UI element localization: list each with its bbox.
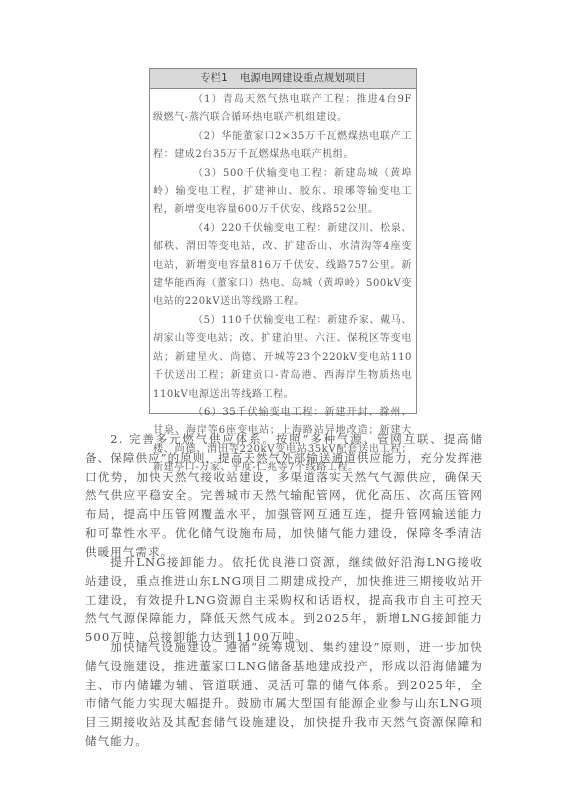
box-header: 专栏1电源电网建设重点规划项目 <box>150 69 416 89</box>
box-item-4: （4）220千伏输变电工程：新建汉川、松泉、郁秩、渭田等变电站，改、扩建岙山、水… <box>153 220 412 312</box>
paragraph-text: 2. 完善多元燃气供应体系。按照“多种气源、管网互联、提高储备、保障供应”的原则… <box>85 430 483 562</box>
box-title: 电源电网建设重点规划项目 <box>240 72 366 84</box>
paragraph-text: 提升LNG接卸能力。依托优良港口资源，继续做好沿海LNG接收站建设，重点推进山东… <box>85 553 483 647</box>
paragraph-gas-supply-system: 2. 完善多元燃气供应体系。按照“多种气源、管网互联、提高储备、保障供应”的原则… <box>85 430 483 562</box>
box-item-3: （3）500千伏输变电工程：新建岛城（黄埠岭）输变电工程，扩建神山、胶东、琅琊等… <box>153 165 412 220</box>
box-item-5: （5）110千伏输变电工程：新建乔家、戴马、胡家山等变电站；改、扩建泊里、六汪、… <box>153 312 412 404</box>
paragraph-text: 加快储气设施建设。遵循“统筹规划、集约建设”原则，进一步加快储气设施建设，推进董… <box>85 638 483 751</box>
planning-projects-box: 专栏1电源电网建设重点规划项目 （1）青岛天然气热电联产工程：推进4台9F级燃气… <box>149 68 417 414</box>
box-item-1: （1）青岛天然气热电联产工程：推进4台9F级燃气-蒸汽联合循环热电联产机组建设。 <box>153 91 412 128</box>
paragraph-gas-storage: 加快储气设施建设。遵循“统筹规划、集约建设”原则，进一步加快储气设施建设，推进董… <box>85 638 483 751</box>
paragraph-lng-unloading: 提升LNG接卸能力。依托优良港口资源，继续做好沿海LNG接收站建设，重点推进山东… <box>85 553 483 647</box>
box-body: （1）青岛天然气热电联产工程：推进4台9F级燃气-蒸汽联合循环热电联产机组建设。… <box>150 89 416 478</box>
box-title-number: 专栏1 <box>200 72 228 84</box>
box-item-2: （2）华能董家口2×35万千瓦燃煤热电联产工程：建成2台35万千瓦燃煤热电联产机… <box>153 128 412 165</box>
